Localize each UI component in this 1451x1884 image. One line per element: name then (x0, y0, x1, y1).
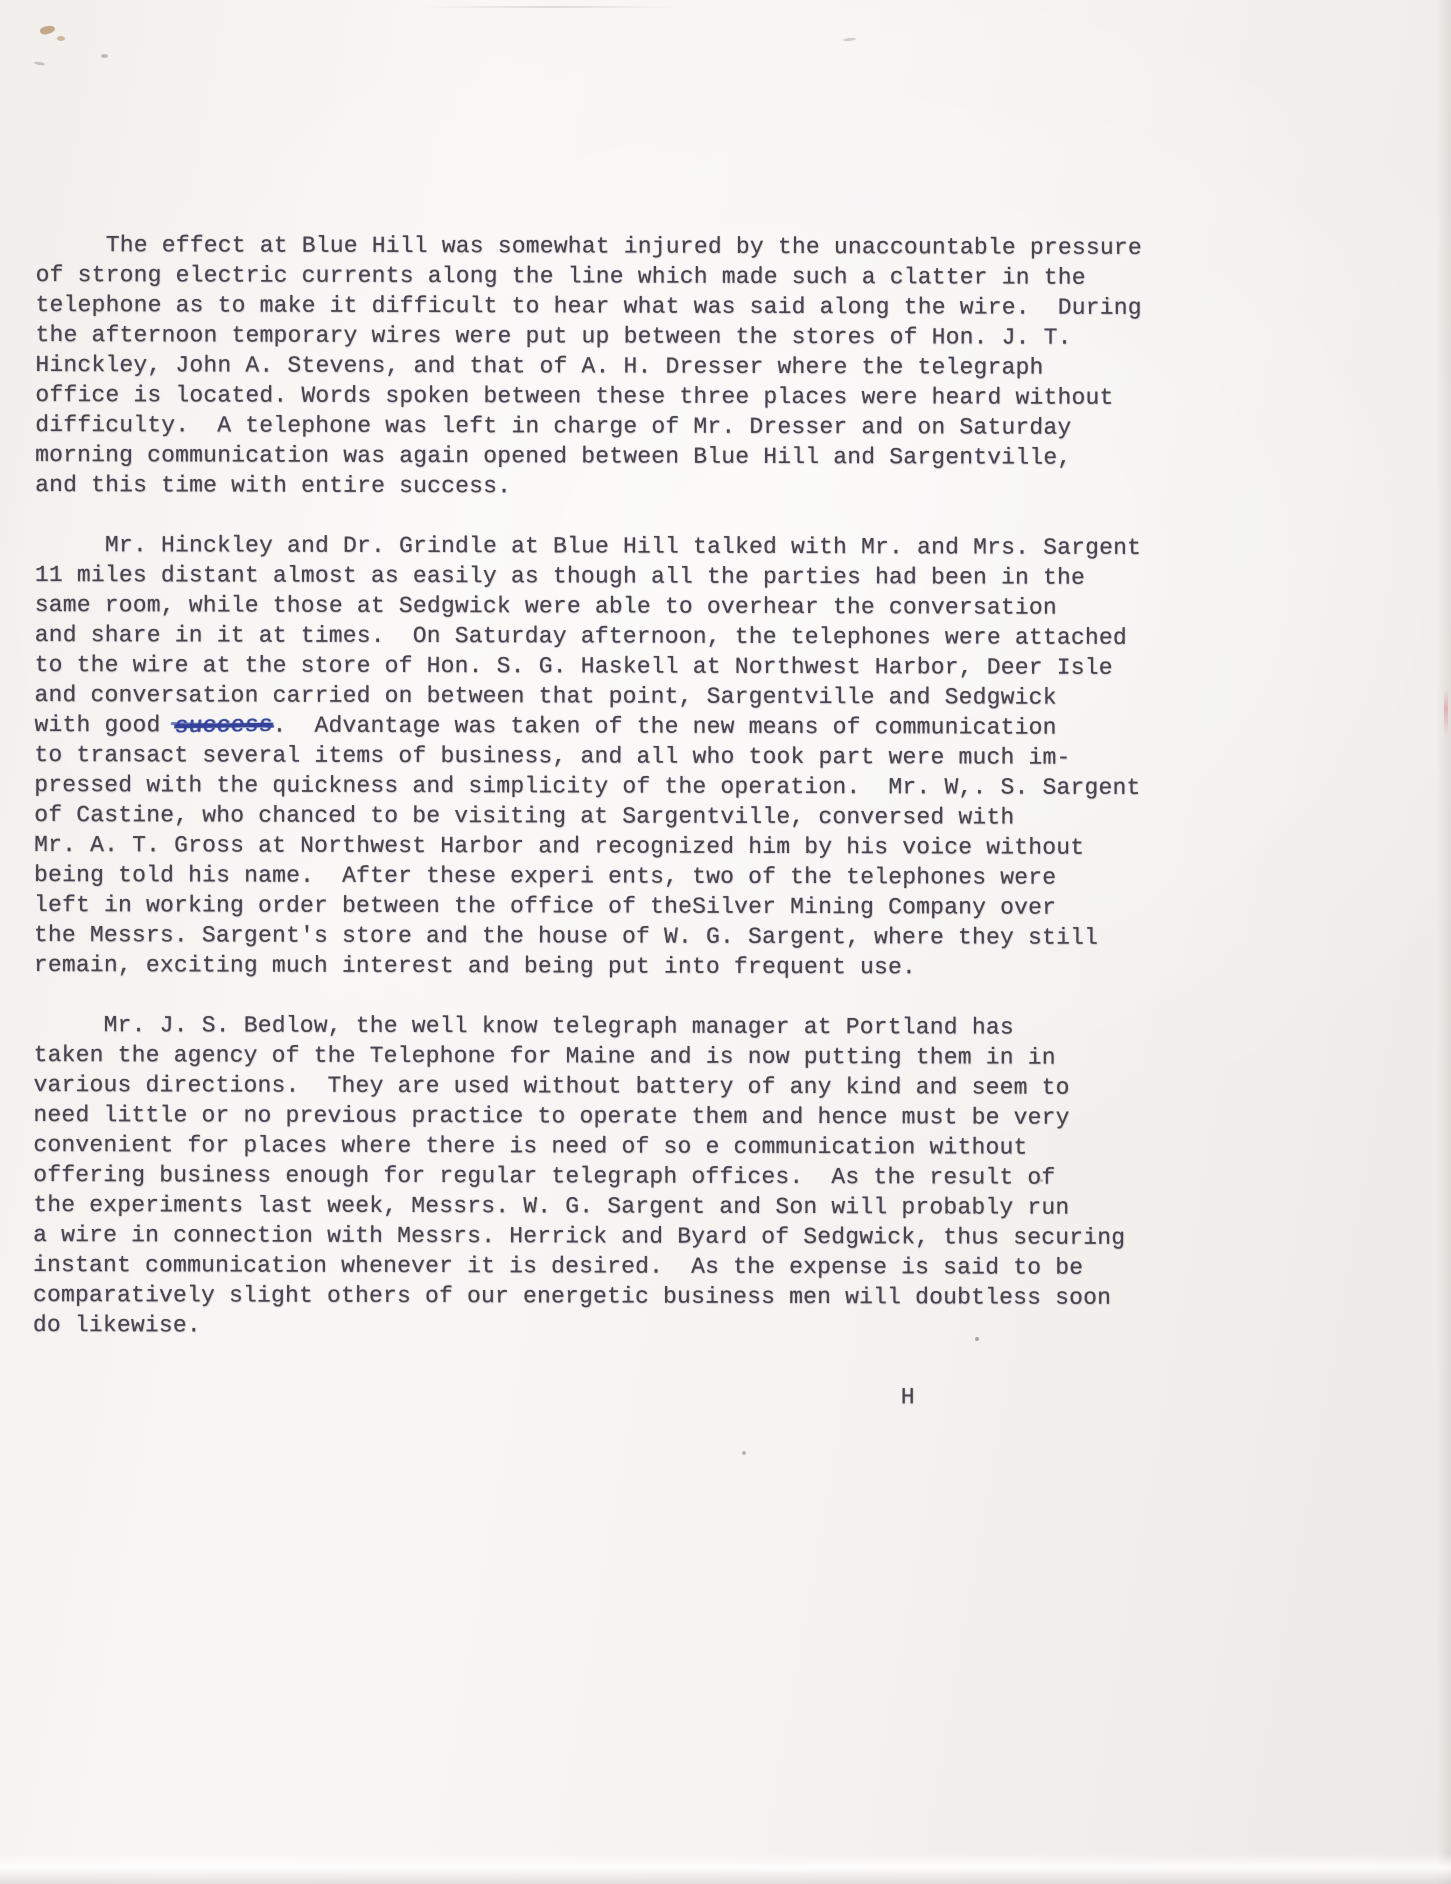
text-line: various directions. They are used withou… (33, 1070, 1193, 1103)
pink-ink-mark (1444, 690, 1448, 736)
text-line: Hinckley, John A. Stevens, and that of A… (35, 350, 1195, 383)
text-line: of Castine, who chanced to be visiting a… (34, 800, 1194, 833)
text-line: pressed with the quickness and simplicit… (34, 770, 1194, 803)
text-line: need little or no previous practice to o… (33, 1100, 1193, 1133)
text-line: same room, while those at Sedgwick were … (35, 590, 1195, 623)
text-line: and this time with entire success. (35, 470, 1195, 503)
typed-signoff-h: H (901, 1382, 1193, 1413)
text-line: with good success. Advantage was taken o… (34, 710, 1194, 743)
text-line: remain, exciting much interest and being… (34, 950, 1194, 983)
text-line: to the wire at the store of Hon. S. G. H… (35, 650, 1195, 683)
text-line: The effect at Blue Hill was somewhat inj… (36, 230, 1196, 263)
text-line: office is located. Words spoken between … (35, 380, 1195, 413)
text-line: of strong electric currents along the li… (36, 260, 1196, 293)
scanned-page: The effect at Blue Hill was somewhat inj… (0, 0, 1451, 1884)
text-segment: with good (34, 712, 174, 738)
text-line: being told his name. After these experi … (34, 860, 1194, 893)
paper-speck (843, 37, 856, 41)
text-line: the Messrs. Sargent's store and the hous… (34, 920, 1194, 953)
text-line: offering business enough for regular tel… (33, 1160, 1193, 1193)
text-line: Mr. J. S. Bedlow, the well know telegrap… (34, 1010, 1194, 1043)
paper-speck (57, 36, 65, 41)
text-line: convenient for places where there is nee… (33, 1130, 1193, 1163)
text-line: and conversation carried on between that… (35, 680, 1195, 713)
text-line: do likewise. (33, 1310, 1193, 1343)
text-line: telephone as to make it difficult to hea… (36, 290, 1196, 323)
text-line: comparatively slight others of our energ… (33, 1280, 1193, 1313)
text-line: taken the agency of the Telephone for Ma… (34, 1040, 1194, 1073)
text-line: difficulty. A telephone was left in char… (35, 410, 1195, 443)
text-line: left in working order between the office… (34, 890, 1194, 923)
paper-speck (101, 54, 108, 58)
text-line: 11 miles distant almost as easily as tho… (35, 560, 1195, 593)
paper-crease (420, 6, 680, 8)
text-line: to transact several items of business, a… (34, 740, 1194, 773)
document-body: The effect at Blue Hill was somewhat inj… (33, 140, 1196, 1473)
text-line: a wire in connection with Messrs. Herric… (33, 1220, 1193, 1253)
paper-speck (39, 24, 56, 36)
paper-speck (34, 61, 45, 66)
paragraph: Mr. J. S. Bedlow, the well know telegrap… (33, 1010, 1194, 1343)
text-line: and share in it at times. On Saturday af… (35, 620, 1195, 653)
paragraph: The effect at Blue Hill was somewhat inj… (35, 230, 1196, 503)
paragraph: Mr. Hinckley and Dr. Grindle at Blue Hil… (34, 530, 1195, 983)
text-line: Mr. A. T. Gross at Northwest Harbor and … (34, 830, 1194, 863)
text-line: Mr. Hinckley and Dr. Grindle at Blue Hil… (35, 530, 1195, 563)
text-line: the experiments last week, Messrs. W. G.… (33, 1190, 1193, 1223)
text-line: morning communication was again opened b… (35, 440, 1195, 473)
text-segment: . Advantage was taken of the new means o… (272, 713, 1056, 741)
text-line: the afternoon temporary wires were put u… (35, 320, 1195, 353)
ink-struck-word: success (173, 710, 274, 741)
text-line: instant communication whenever it is des… (33, 1250, 1193, 1283)
